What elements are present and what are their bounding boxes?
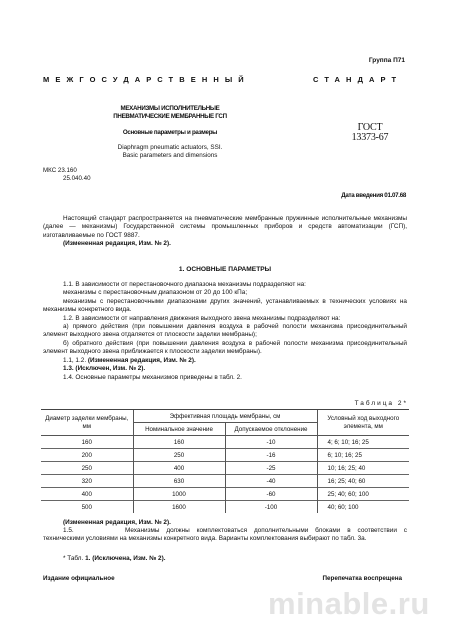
mks-line-1: МКС 23.160 xyxy=(43,167,91,175)
official-edition-label: Издание официальное xyxy=(43,575,115,582)
footnote: * Табл. 1. (Исключена, Изм. № 2). xyxy=(43,555,427,563)
para-1-2-a: а) прямого действия (при повышении давле… xyxy=(43,323,407,340)
amendment-note: (Измененная редакция, Изм. № 2). xyxy=(88,357,196,364)
cell-stroke: 16; 25; 40; 60 xyxy=(317,475,409,488)
standard-label: СТАНДАРТ xyxy=(313,75,402,84)
mks-codes: МКС 23.160 25.040.40 xyxy=(43,167,91,183)
reprint-prohibited-label: Перепечатка воспрещена xyxy=(323,575,403,582)
title-line-1: МЕХАНИЗМЫ ИСПОЛНИТЕЛЬНЫЕ xyxy=(100,105,240,113)
effective-date: Дата введения 01.07.68 xyxy=(341,192,406,199)
cell-nominal: 1000 xyxy=(133,488,225,501)
para-1-1-a: механизмы с перестановочным диапазоном о… xyxy=(43,289,427,297)
intro-paragraph: Настоящий стандарт распространяется на п… xyxy=(43,215,407,240)
table-row: 250 400 -25 10; 16; 25; 40 xyxy=(41,462,409,475)
header-tolerance: Допускаемое отклонение xyxy=(225,423,317,436)
interstate-label: МЕЖГОСУДАРСТВЕННЫЙ xyxy=(43,75,250,84)
table-row: 320 630 -40 16; 25; 40; 60 xyxy=(41,475,409,488)
table-row: 200 250 -16 6; 10; 16; 25 xyxy=(41,449,409,462)
cell-diameter: 320 xyxy=(41,475,133,488)
para-1-2-b: б) обратного действия (при повышении дав… xyxy=(43,340,407,357)
intro-amendment: (Измененная редакция, Изм. № 2). xyxy=(43,240,427,248)
cell-nominal: 400 xyxy=(133,462,225,475)
parameters-table: Диаметр заделки мембраны, мм Эффективная… xyxy=(41,409,409,513)
cell-tolerance: -10 xyxy=(225,436,317,449)
footnote-amendment: 1. (Исключена, Изм. № 2). xyxy=(85,555,165,562)
cell-diameter: 500 xyxy=(41,501,133,514)
header-area: Эффективная площадь мембраны, см xyxy=(133,410,317,423)
header-stroke: Условный ход выходного элемента, мм xyxy=(317,410,409,436)
gost-designation: ГОСТ 13373-67 xyxy=(330,123,410,143)
cell-diameter: 250 xyxy=(41,462,133,475)
cell-nominal: 1600 xyxy=(133,501,225,514)
cell-stroke: 6; 10; 16; 25 xyxy=(317,449,409,462)
table-row: 500 1600 -100 40; 60; 100 xyxy=(41,501,409,514)
cell-nominal: 160 xyxy=(133,436,225,449)
header-nominal: Номинальное значение xyxy=(133,423,225,436)
cell-tolerance: -16 xyxy=(225,449,317,462)
header-diameter: Диаметр заделки мембраны, мм xyxy=(41,410,133,436)
cell-diameter: 200 xyxy=(41,449,133,462)
cell-tolerance: -40 xyxy=(225,475,317,488)
table-row: 400 1000 -60 25; 40; 60; 100 xyxy=(41,488,409,501)
cell-tolerance: -25 xyxy=(225,462,317,475)
english-title-line-2: Basic parameters and dimensions xyxy=(100,152,240,160)
cell-nominal: 250 xyxy=(133,449,225,462)
mks-line-2: 25.040.40 xyxy=(43,175,91,183)
title-line-2: ПНЕВМАТИЧЕСКИЕ МЕМБРАННЫЕ ГСП xyxy=(100,113,240,121)
document-title: МЕХАНИЗМЫ ИСПОЛНИТЕЛЬНЫЕ ПНЕВМАТИЧЕСКИЕ … xyxy=(100,105,240,121)
cell-tolerance: -60 xyxy=(225,488,317,501)
cell-stroke: 10; 16; 25; 40 xyxy=(317,462,409,475)
table-caption: Таблица 2* xyxy=(355,400,408,407)
para-1-3: 1.3. (Исключен, Изм. № 2). xyxy=(43,365,427,373)
cell-diameter: 160 xyxy=(41,436,133,449)
table-row: 160 160 -10 4; 6; 10; 16; 25 xyxy=(41,436,409,449)
cell-tolerance: -100 xyxy=(225,501,317,514)
watermark: minable.ru xyxy=(268,586,430,622)
cell-diameter: 400 xyxy=(41,488,133,501)
cell-stroke: 25; 40; 60; 100 xyxy=(317,488,409,501)
section-1-heading: 1. ОСНОВНЫЕ ПАРАМЕТРЫ xyxy=(43,266,407,273)
para-1-5: 1.5.Механизмы должны комплектоваться доп… xyxy=(43,527,407,544)
english-title-line-1: Diaphragm pneumatic actuators, SSI. xyxy=(100,144,240,152)
group-code: Группа П71 xyxy=(369,57,405,64)
cell-stroke: 40; 60; 100 xyxy=(317,501,409,514)
cell-nominal: 630 xyxy=(133,475,225,488)
document-subtitle: Основные параметры и размеры xyxy=(100,129,240,136)
para-number: 1.1, 1.2. xyxy=(63,357,88,364)
para-1-4: 1.4. Основные параметры механизмов приве… xyxy=(43,374,427,382)
cell-stroke: 4; 6; 10; 16; 25 xyxy=(317,436,409,449)
gost-number: 13373-67 xyxy=(330,133,410,143)
para-1-1-b: механизмы с перестановочными диапазонами… xyxy=(43,298,407,315)
footnote-prefix: * Табл. xyxy=(63,555,85,562)
english-title: Diaphragm pneumatic actuators, SSI. Basi… xyxy=(100,144,240,160)
